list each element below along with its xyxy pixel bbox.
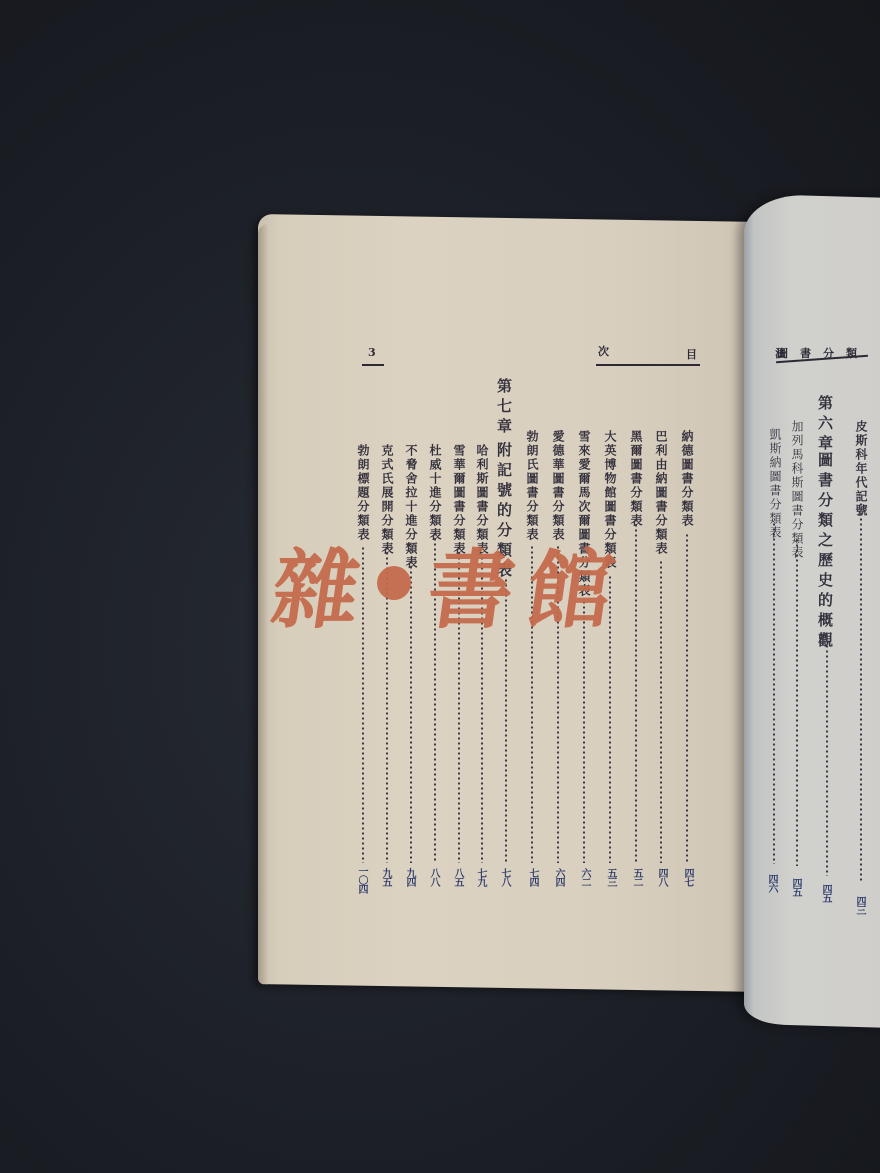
chapter-label: 第六章	[818, 395, 832, 455]
toc-entry-title: 雪華爾圖書分類表	[452, 444, 466, 556]
toc-entry-page: 五三	[603, 868, 618, 886]
toc-entry-page: 八八	[426, 868, 441, 886]
toc-entry-page: 九五	[378, 868, 393, 886]
dot-leader	[458, 546, 460, 863]
running-head-left: 次	[598, 343, 609, 359]
dot-leader	[583, 600, 585, 863]
toc-entry-page: 四三	[852, 896, 867, 914]
right-running-head-suffix: 法	[775, 345, 786, 361]
dot-leader	[434, 532, 436, 863]
toc-entry-title: 大英博物館圖書分類表	[603, 430, 617, 570]
toc-entry-title: 哈利斯圖書分類表	[475, 444, 489, 556]
dot-leader	[796, 538, 798, 866]
dot-leader	[386, 546, 388, 863]
toc-entry-page: 九四	[402, 868, 417, 886]
dot-leader	[773, 522, 775, 864]
dot-leader	[410, 560, 412, 863]
toc-entry-title: 巴利由納圖書分類表	[654, 430, 668, 556]
toc-entry-page: 四五	[788, 878, 803, 896]
dot-leader	[660, 560, 662, 863]
toc-entry-page: 八五	[450, 868, 465, 886]
toc-entry-title: 杜威十進分類表	[428, 444, 442, 542]
toc-entry-title: 愛德華圖書分類表	[551, 430, 565, 542]
dot-leader	[826, 644, 828, 876]
dot-leader	[557, 545, 559, 863]
dot-leader	[481, 556, 483, 863]
chapter-label: 第七章	[497, 378, 511, 438]
toc-entry-page: 五二	[629, 868, 644, 886]
dot-leader	[362, 546, 364, 863]
dot-leader	[505, 578, 507, 863]
toc-entry-page: 六四	[551, 868, 566, 886]
running-head-right: 目	[686, 346, 697, 362]
toc-entry-page: 四七	[680, 868, 695, 886]
toc-entry-page: 七九	[473, 868, 488, 886]
dot-leader	[531, 545, 533, 863]
toc-entry-title: 不脅舍拉十進分類表	[404, 444, 418, 570]
running-head-rule	[596, 364, 700, 366]
page-number: 3	[368, 346, 376, 359]
dot-leader	[635, 518, 637, 863]
toc-entry-title: 克式氏展開分類表	[380, 444, 394, 556]
toc-entry-title: 納德圖書分類表	[680, 430, 694, 528]
chapter-title: 附記號的分類表	[497, 442, 511, 582]
toc-entry-page: 七四	[525, 868, 540, 886]
toc-entry-title: 黑爾圖書分類表	[629, 430, 643, 528]
toc-entry-title: 凱斯納圖書分類表	[768, 428, 782, 540]
toc-entry-page: 四八	[654, 868, 669, 886]
page-number-rule	[362, 364, 384, 366]
chapter-title: 圖書分類之歷史的概觀	[818, 452, 832, 652]
chapter-page: 四五	[818, 884, 833, 902]
toc-entry-page: 六二	[577, 868, 592, 886]
toc-entry-title: 雪來愛爾馬次爾圖書分類表	[577, 430, 591, 598]
toc-entry-title: 勃朗氏圖書分類表	[525, 430, 539, 542]
dot-leader	[609, 575, 611, 863]
dot-leader	[860, 502, 862, 882]
toc-entry-page: 七八	[497, 868, 512, 886]
toc-entry-title: 勃朗標題分類表	[356, 444, 370, 542]
toc-entry-page: 一〇四	[354, 866, 369, 893]
toc-entry-page: 四六	[764, 874, 779, 892]
dot-leader	[686, 533, 688, 863]
